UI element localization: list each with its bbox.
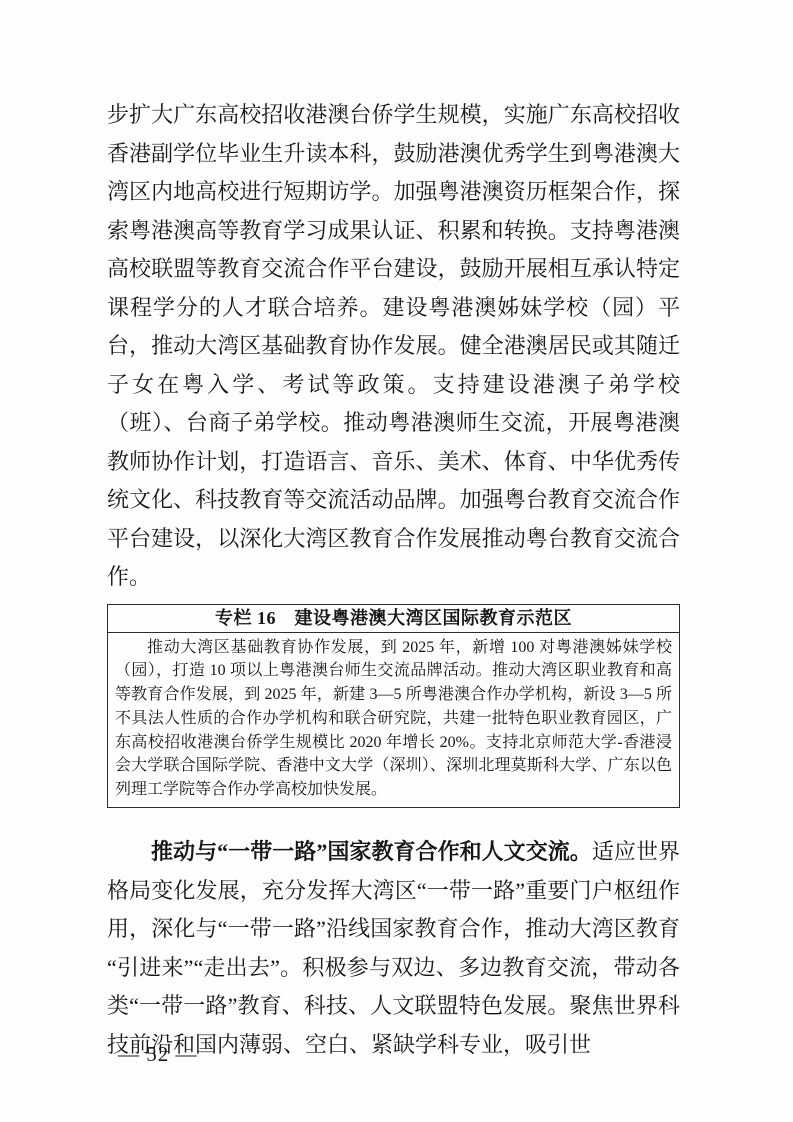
column-box-body: 推动大湾区基础教育协作发展，到 2025 年，新增 100 对粤港澳姊妹学校（园… (108, 633, 679, 808)
paragraph-rest-text: 适应世界格局变化发展，充分发挥大湾区“一带一路”重要门户枢纽作用，深化与“一带一… (107, 839, 680, 1057)
text-column: 步扩大广东高校招收港澳台侨学生规模，实施广东高校招收香港副学位毕业生升读本科，鼓… (107, 0, 680, 1064)
column-box-title: 专栏 16 建设粤港澳大湾区国际教育示范区 (108, 605, 679, 633)
document-page: 步扩大广东高校招收港澳台侨学生规模，实施广东高校招收香港副学位毕业生升读本科，鼓… (0, 0, 793, 1122)
body-paragraph-belt-road: 推动与“一带一路”国家教育合作和人文交流。适应世界格局变化发展，充分发挥大湾区“… (107, 833, 680, 1064)
body-paragraph-continuation: 步扩大广东高校招收港澳台侨学生规模，实施广东高校招收香港副学位毕业生升读本科，鼓… (107, 96, 680, 597)
paragraph-lead-bold: 推动与“一带一路”国家教育合作和人文交流。 (151, 839, 592, 864)
page-number: — 52 — (118, 1041, 198, 1067)
column-box-16: 专栏 16 建设粤港澳大湾区国际教育示范区 推动大湾区基础教育协作发展，到 20… (107, 604, 680, 809)
